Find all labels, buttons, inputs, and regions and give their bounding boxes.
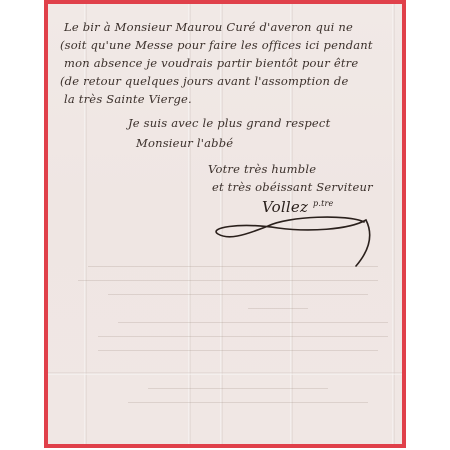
letter-paper: Le bir à Monsieur Maurou Curé d'averon q… — [48, 4, 402, 444]
signature-flourish — [48, 4, 402, 444]
